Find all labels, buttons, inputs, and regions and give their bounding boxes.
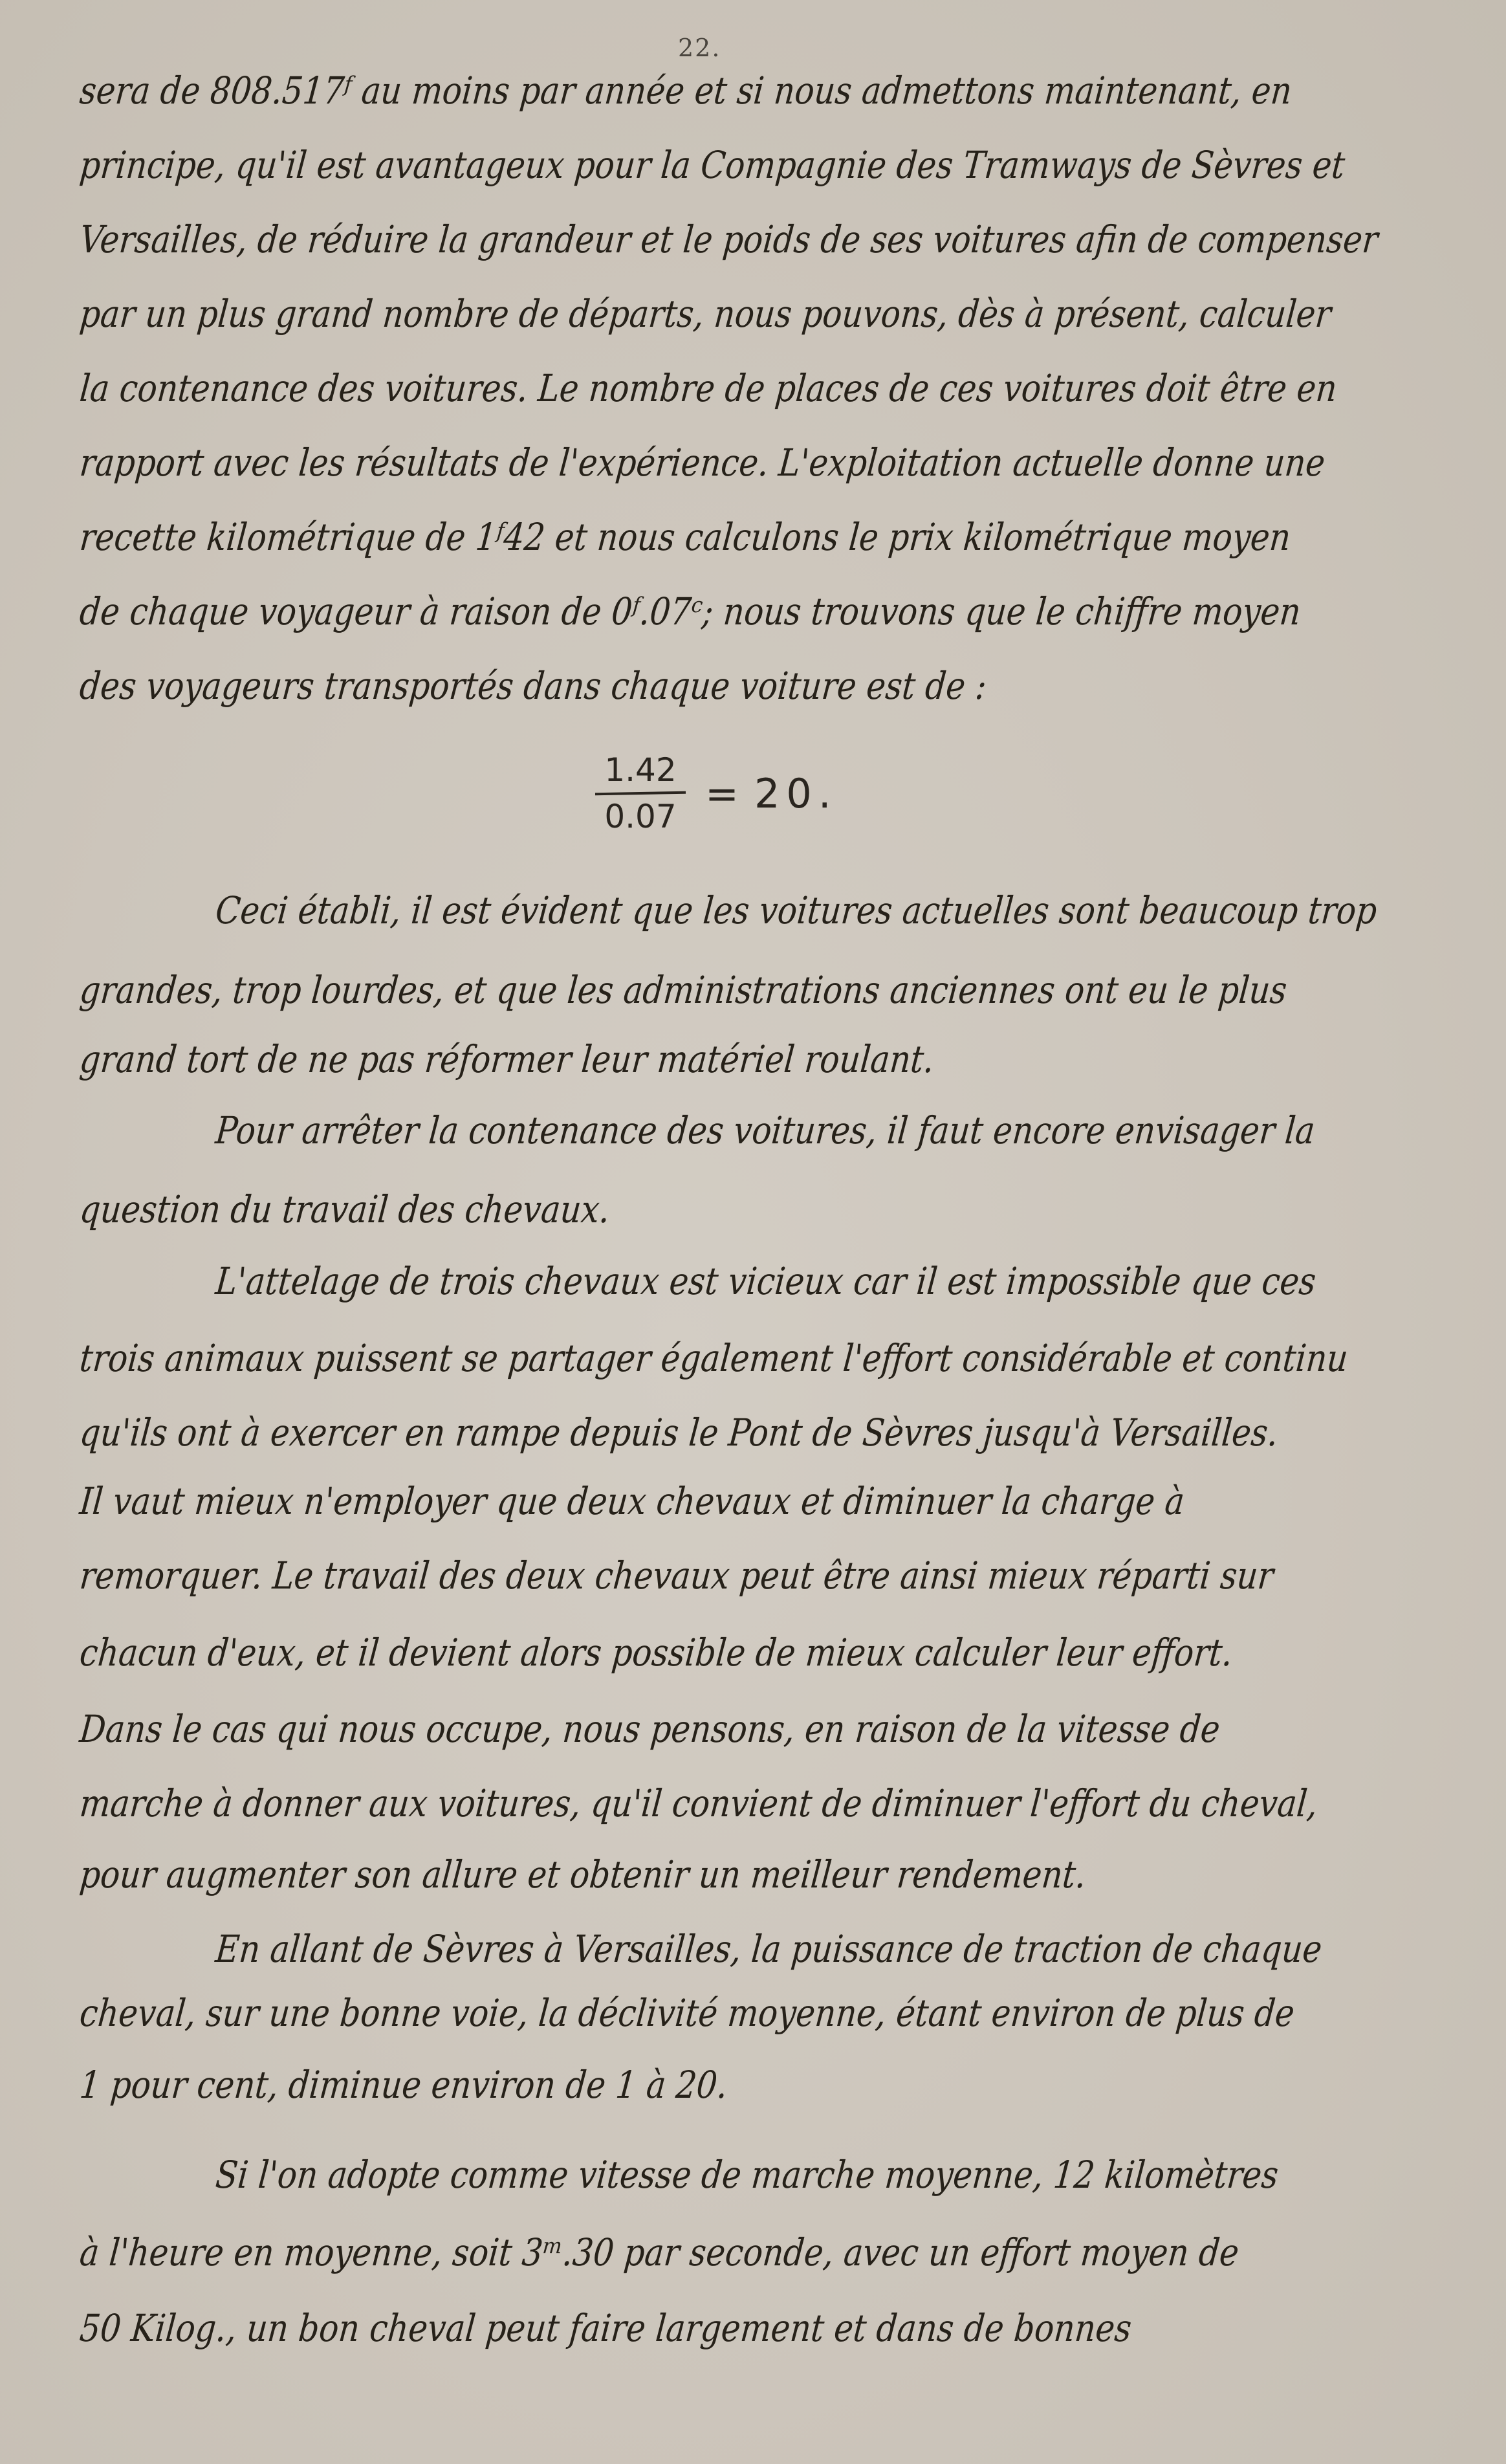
fraction-numerator: 1.42 bbox=[604, 751, 676, 789]
formula-result: 20. bbox=[754, 770, 838, 817]
text-line: à l'heure en moyenne, soit 3ᵐ.30 par sec… bbox=[78, 2227, 1241, 2278]
manuscript-page: 22. sera de 808.517ᶠ au moins par année … bbox=[0, 0, 1506, 2464]
text-line: 50 Kilog., un bon cheval peut faire larg… bbox=[78, 2302, 1134, 2354]
text-line: remorquer. Le travail des deux chevaux p… bbox=[78, 1550, 1276, 1601]
text-line: Ceci établi, il est évident que les voit… bbox=[213, 885, 1379, 936]
fraction-denominator: 0.07 bbox=[604, 797, 676, 836]
text-line: pour augmenter son allure et obtenir un … bbox=[78, 1849, 1088, 1900]
text-line: qu'ils ont à exercer en rampe depuis le … bbox=[78, 1407, 1280, 1458]
text-line: chacun d'eux, et il devient alors possib… bbox=[78, 1627, 1235, 1678]
text-line: Pour arrêter la contenance des voitures,… bbox=[213, 1105, 1317, 1156]
text-line: la contenance des voitures. Le nombre de… bbox=[78, 362, 1339, 414]
text-line: sera de 808.517ᶠ au moins par année et s… bbox=[78, 65, 1294, 116]
text-line: marche à donner aux voitures, qu'il conv… bbox=[78, 1777, 1320, 1829]
text-line: 1 pour cent, diminue environ de 1 à 20. bbox=[78, 2059, 730, 2111]
text-line: Dans le cas qui nous occupe, nous penson… bbox=[78, 1703, 1222, 1755]
text-line: grand tort de ne pas réformer leur matér… bbox=[78, 1033, 936, 1085]
text-line: principe, qu'il est avantageux pour la C… bbox=[78, 139, 1347, 191]
text-line: trois animaux puissent se partager égale… bbox=[78, 1332, 1350, 1384]
text-line: L'attelage de trois chevaux est vicieux … bbox=[213, 1255, 1318, 1307]
text-line: de chaque voyageur à raison de 0ᶠ.07ᶜ; n… bbox=[78, 586, 1303, 637]
fraction-bar bbox=[595, 791, 686, 795]
formula: 1.42 0.07 = 20. bbox=[595, 751, 838, 836]
text-line: par un plus grand nombre de départs, nou… bbox=[78, 288, 1333, 340]
equals-sign: = bbox=[705, 770, 739, 817]
text-line: recette kilométrique de 1ᶠ42 et nous cal… bbox=[78, 511, 1293, 563]
text-line: question du travail des chevaux. bbox=[78, 1183, 612, 1235]
text-line: des voyageurs transportés dans chaque vo… bbox=[78, 660, 988, 712]
text-line: Si l'on adopte comme vitesse de marche m… bbox=[213, 2149, 1281, 2201]
text-line: rapport avec les résultats de l'expérien… bbox=[78, 437, 1327, 489]
page-number: 22. bbox=[678, 34, 721, 62]
text-line: Il vaut mieux n'employer que deux chevau… bbox=[78, 1475, 1186, 1527]
text-line: grandes, trop lourdes, et que les admini… bbox=[78, 964, 1289, 1016]
fraction: 1.42 0.07 bbox=[595, 751, 686, 836]
text-line: En allant de Sèvres à Versailles, la pui… bbox=[213, 1923, 1324, 1975]
text-line: Versailles, de réduire la grandeur et le… bbox=[78, 214, 1380, 265]
text-line: cheval, sur une bonne voie, la déclivité… bbox=[78, 1987, 1296, 2039]
